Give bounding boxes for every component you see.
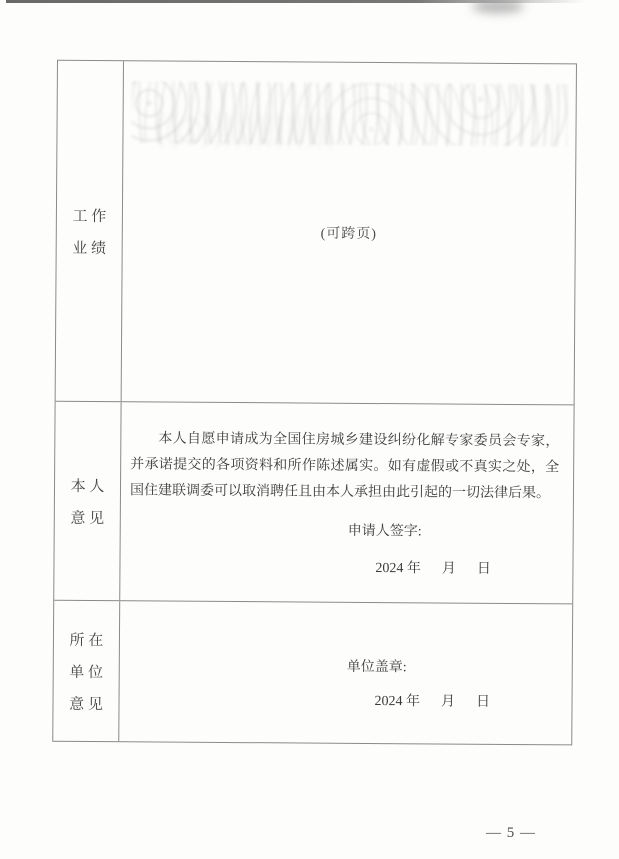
table-row-unit-opinion: 所 在 单 位 意 见 单位盖章: 2024 年 月 日 [53,600,572,745]
label-line: 本 人 [71,474,105,495]
label-line: 工 作 [72,204,106,225]
label-line: 意 见 [70,506,104,527]
row-label-personal-opinion: 本 人 意 见 [54,402,121,600]
table-row-personal-opinion: 本 人 意 见 本人自愿申请成为全国住房城乡建设纠纷化解专家委员会专家，并承诺提… [54,401,573,604]
declaration-paragraph: 本人自愿申请成为全国住房城乡建设纠纷化解专家委员会专家，并承诺提交的各项资料和所… [130,426,560,507]
row-label-unit-opinion: 所 在 单 位 意 见 [53,601,120,741]
row-label-work-achievements: 工 作 业 绩 [56,61,124,401]
work-achievements-cell: (可跨页) [122,61,576,404]
scan-smudge-top-right [472,0,524,13]
page-number: — 5 — [486,825,536,842]
scan-bleedthrough-artifact [153,113,333,148]
seal-date-line: 2024 年 月 日 [374,690,571,711]
expert-application-form-table: 工 作 业 绩 (可跨页) 本 人 意 见 本人自愿申请成为全国住房城乡建设纠纷… [52,60,577,746]
personal-opinion-cell: 本人自愿申请成为全国住房城乡建设纠纷化解专家委员会专家，并承诺提交的各项资料和所… [120,402,573,603]
unit-opinion-cell: 单位盖章: 2024 年 月 日 [119,601,572,744]
label-line: 业 绩 [72,236,106,257]
label-line: 意 见 [69,692,103,713]
signature-date-line: 2024 年 月 日 [375,557,572,578]
label-line: 单 位 [69,660,103,681]
applicant-signature-label: 申请人签字: [348,520,573,542]
table-row-work-achievements: 工 作 业 绩 (可跨页) [56,61,576,405]
unit-seal-label: 单位盖章: [347,656,572,678]
label-line: 所 在 [69,628,103,649]
span-pages-note: (可跨页) [321,223,377,243]
